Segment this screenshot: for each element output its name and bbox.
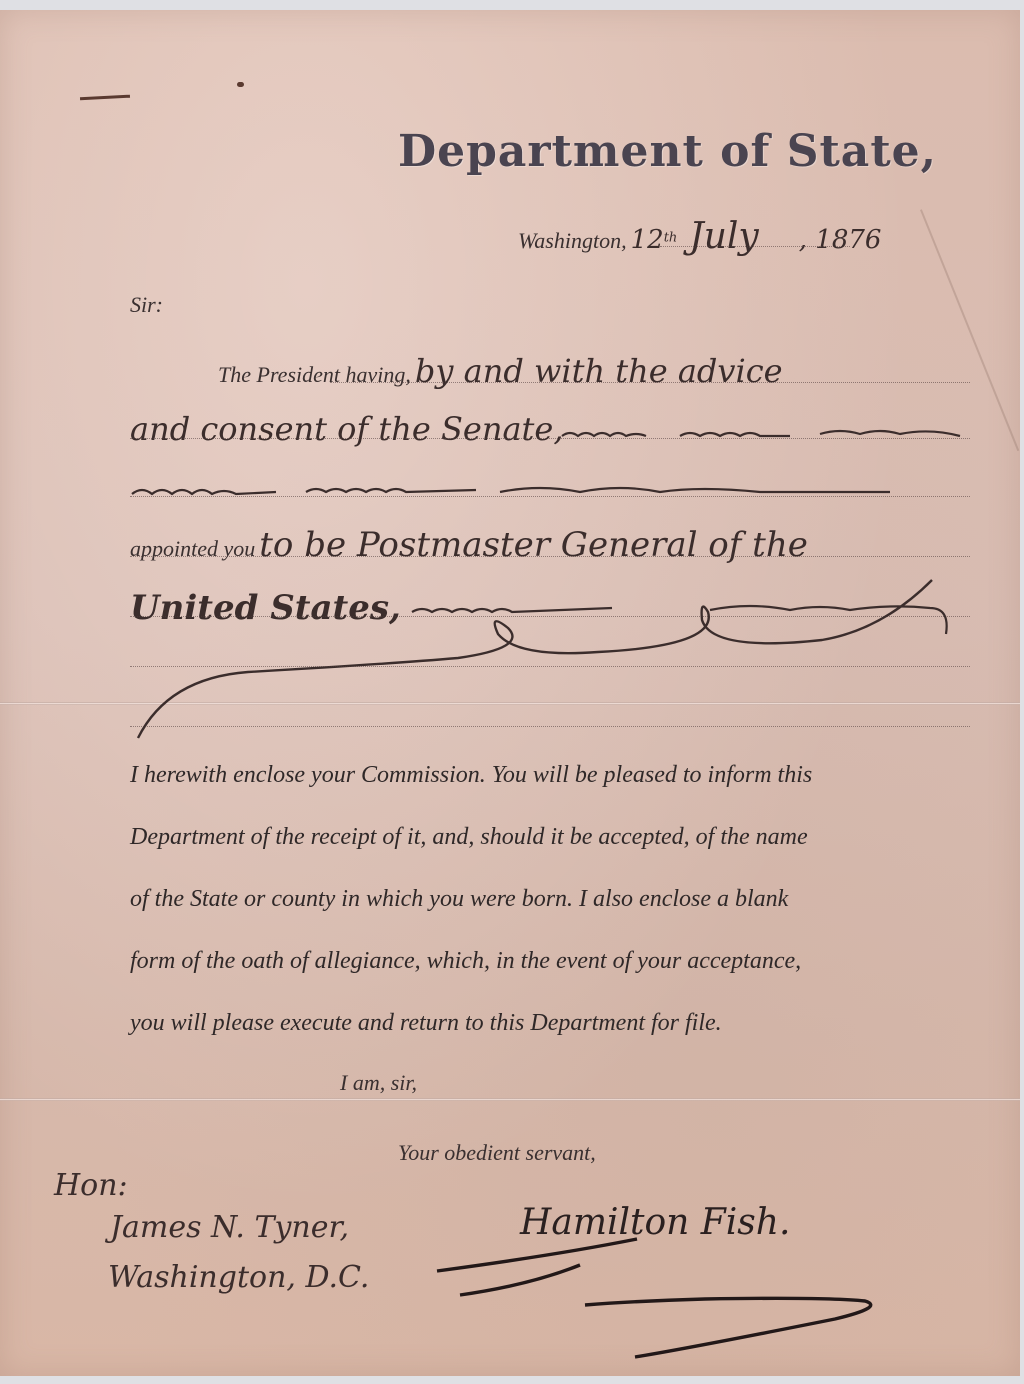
body-line-4: form of the oath of allegiance, which, i… bbox=[130, 948, 801, 975]
appointment-printed-4: appointed you bbox=[130, 536, 255, 561]
dateline-year: , 1876 bbox=[799, 225, 882, 255]
diagonal-crease bbox=[920, 209, 1019, 451]
fill-stroke-3 bbox=[130, 478, 970, 502]
ink-mark bbox=[80, 95, 130, 101]
salutation: Sir: bbox=[130, 292, 163, 318]
signature-underline bbox=[435, 1225, 905, 1325]
blank-line-7 bbox=[130, 726, 970, 727]
dateline-blank bbox=[660, 246, 850, 247]
blank-line-1 bbox=[330, 382, 970, 383]
dateline-day-suffix: th bbox=[664, 231, 678, 246]
fold-line-lower bbox=[0, 1098, 1020, 1101]
appointment-line-4: appointed you to be Postmaster General o… bbox=[130, 525, 808, 565]
letterhead-title: Department of State, bbox=[398, 126, 937, 177]
body-line-2: Department of the receipt of it, and, sh… bbox=[130, 824, 808, 851]
body-paragraph: I herewith enclose your Commission. You … bbox=[130, 762, 980, 1082]
appointment-handwritten-2: and consent of the Senate, bbox=[130, 410, 564, 448]
addressee-location: Washington, D.C. bbox=[108, 1260, 369, 1295]
ink-dot bbox=[237, 82, 244, 87]
appointment-handwritten-1: by and with the advice bbox=[415, 352, 783, 390]
dateline: Washington, 12th July , 1876 bbox=[518, 216, 881, 257]
closing-flourish bbox=[130, 610, 970, 750]
body-line-1: I herewith enclose your Commission. You … bbox=[130, 762, 812, 789]
dateline-city: Washington, bbox=[518, 228, 627, 253]
appointment-printed-1: The President having, bbox=[218, 362, 411, 387]
appointment-line-1: The President having, by and with the ad… bbox=[218, 352, 783, 390]
body-line-3: of the State or county in which you were… bbox=[130, 886, 788, 913]
appointment-handwritten-4: to be Postmaster General of the bbox=[259, 525, 808, 565]
addressee-name: James N. Tyner, bbox=[110, 1210, 349, 1245]
fill-stroke-2 bbox=[560, 422, 980, 446]
dateline-month: July bbox=[689, 216, 758, 257]
closing-line-1: I am, sir, bbox=[340, 1070, 417, 1096]
closing-line-2: Your obedient servant, bbox=[398, 1140, 596, 1166]
addressee-honorific: Hon: bbox=[54, 1168, 128, 1203]
body-line-5: you will please execute and return to th… bbox=[130, 1010, 722, 1037]
blank-line-4 bbox=[130, 556, 970, 557]
letter-paper: Department of State, Washington, 12th Ju… bbox=[0, 10, 1020, 1376]
dateline-day: 12 bbox=[631, 225, 664, 255]
blank-line-6 bbox=[130, 666, 970, 667]
